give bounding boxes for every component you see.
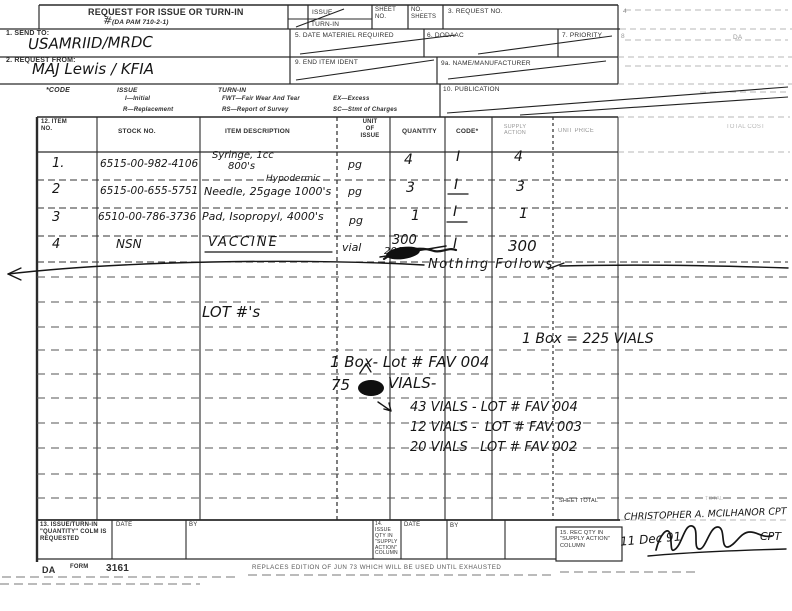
box-lot-note: 1 Box- Lot # FAV 004 [330,355,489,371]
row-4-qty-crossed-out: 200 ea [384,247,419,258]
sheet-no-label: SHEET NO. [375,7,396,21]
box15-label: 15. REC QTY IN "SUPPLY ACTION" COLUMN [560,530,616,549]
dodaac-label: 6. DODAAC [427,32,464,40]
lot-detail-3: 20 VIALS LOT # FAV 002 [410,441,577,455]
request-from-value: MAJ Lewis / KFIA [32,62,154,78]
signature-date: 11 Dec 91 [620,530,682,548]
legend-i-initial: I—Initial [125,96,150,103]
legend-fwt: FWT—Fair Wear And Tear [222,96,300,103]
col-unit-of-issue: UNIT OF ISSUE [352,119,388,140]
signature-name: CHRISTOPHER A. MCILHANOR CPT [624,507,787,523]
row-1-item-no: 1. [52,157,64,171]
form-number-prefix: DA [42,565,55,576]
row-3-code: I [453,205,457,220]
hash-mark: # [102,14,113,27]
row-1-stock-no: 6515-00-982-4106 [100,159,198,170]
box14-date-label: DATE [404,522,420,529]
sheet-total-label: SHEET TOTAL [559,498,598,504]
row-1-desc-line2: 800's [228,162,255,173]
vials-count-note: 75 [331,378,350,394]
legend-rs: RS—Report of Survey [222,107,288,114]
publication-label: 10. PUBLICATION [443,86,500,94]
col-stock-no: STOCK NO. [118,128,156,136]
send-to-value: USAMRIID/MRDC [28,35,153,53]
row-3-desc: Pad, Isopropyl, 4000's [202,211,324,223]
row-1-code: I [456,150,460,165]
col-unit-price: UNIT PRICE [558,128,594,135]
col-item-description: ITEM DESCRIPTION [225,128,290,136]
row-2-desc-super: Hypodermic [266,175,320,184]
scanned-da-form-3161: REQUEST FOR ISSUE OR TURN-IN (DA PAM 710… [0,0,792,611]
row-3-stock-no: 6510-00-786-3736 [98,212,196,223]
box13-date-label: DATE [116,522,132,529]
legend-r-replacement: R—Replacement [123,107,173,114]
legend-issue-label: ISSUE [117,87,138,95]
form-footer-note: REPLACES EDITION OF JUN 73 WHICH WILL BE… [252,564,501,571]
col-quantity: QUANTITY [402,128,437,136]
legend-code-label: *CODE [46,87,70,95]
row-2-desc: Needle, 25gage 1000's [204,186,331,198]
row-4-desc: VACCINE [208,236,279,250]
legend-turnin-label: TURN-IN [218,87,246,95]
end-item-label: 9. END ITEM IDENT [295,59,358,67]
row-1-supply-action: 4 [514,150,523,165]
row-4-supply-action: 300 [508,239,537,255]
signature-rank: CPT [760,531,781,543]
row-3-unit: pg [349,215,363,227]
turn-in-label: TURN-IN [311,21,339,29]
date-ghost: DA [733,34,742,42]
date-materiel-label: 5. DATE MATERIEL REQUIRED [295,32,394,40]
total-ghost: TOTAL [705,496,723,502]
scribble-blob-vials [358,380,384,396]
lot-detail-2: 12 VIALS - LOT # FAV 003 [410,421,582,435]
issue-label: ISSUE [312,9,333,17]
name-manufacturer-label: 9a. NAME/MANUFACTURER [441,60,531,68]
row-1-desc-line1: Syringe, 1cc [212,151,274,162]
box13-by-label: BY [189,522,197,529]
row-3-qty: 1 [411,209,420,224]
form-number: 3161 [106,563,129,575]
legend-ex: EX—Excess [333,96,370,103]
col-code: CODE* [456,128,478,136]
legend-sc: SC—Stmt of Charges [333,107,397,114]
row-3-item-no: 3 [52,211,60,225]
box14-label: 14. ISSUE QTY IN "SUPPLY ACTION" COLUMN [375,522,400,557]
lot-numbers-heading: LOT #'s [202,305,260,321]
row-2-code: I [454,178,458,193]
form-number-word: FORM [70,564,88,571]
row-3-supply-action: 1 [519,207,528,222]
row-2-unit: pg [348,186,362,198]
request-no-label: 3. REQUEST NO. [448,8,503,16]
vials-word-note: VIALS- [388,376,436,392]
no-sheets-label: NO. SHEETS [411,7,436,21]
field4-ghost: 4 [623,8,627,16]
col-item-no: 12. ITEM NO. [41,119,67,133]
box13-label: 13. ISSUE/TURN-IN "QUANTITY" COLM IS REQ… [40,522,108,543]
row-4-code: I [453,237,457,252]
row-4-stock-no: NSN [116,238,142,251]
priority-label: 7. PRIORITY [562,32,602,40]
col-total-cost: TOTAL COST [726,124,765,131]
row-4-item-no: 4 [52,238,60,252]
row-2-qty: 3 [406,181,415,196]
box14-by-label: BY [450,523,458,530]
col-supply-action: SUPPLY ACTION [498,124,532,137]
row-1-unit: pg [348,159,362,171]
form-subtitle: (DA PAM 710-2-1) [112,19,169,27]
row-2-item-no: 2 [52,183,60,197]
box-total-note: 1 Box = 225 VIALS [522,332,654,347]
field8-ghost: 8 [621,33,625,41]
row-2-supply-action: 3 [516,180,525,195]
row-2-stock-no: 6515-00-655-5751 [100,186,198,197]
row-1-qty: 4 [404,153,413,168]
nothing-follows-note: Nothing Follows [428,258,554,272]
row-4-unit: vial [342,242,361,254]
lot-detail-1: 43 VIALS - LOT # FAV 004 [410,401,578,415]
